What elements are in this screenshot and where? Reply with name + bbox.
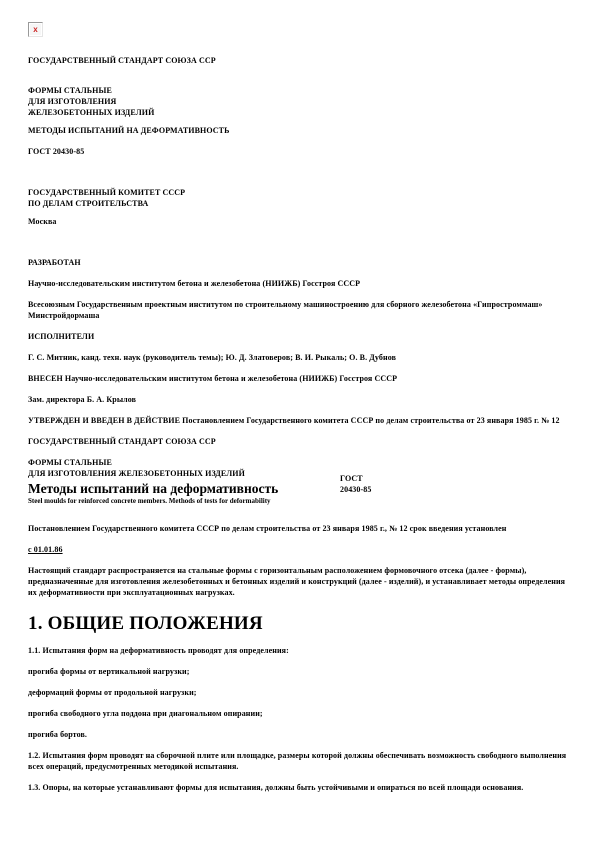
gost-number: 20430-85 — [340, 484, 371, 495]
broken-image-icon: x — [28, 22, 43, 37]
clause-1-1-item-1: прогиба формы от вертикальной нагрузки; — [28, 666, 567, 677]
clause-1-2: 1.2. Испытания форм проводят на сборочно… — [28, 750, 567, 772]
masthead-title-line-3: ЖЕЛЕЗОБЕТОННЫХ ИЗДЕЛИЙ — [28, 107, 567, 118]
masthead-subtitle: МЕТОДЫ ИСПЫТАНИЙ НА ДЕФОРМАТИВНОСТЬ — [28, 125, 567, 136]
deputy-director-line: Зам. директора Б. А. Крылов — [28, 394, 567, 405]
document-page: x ГОСУДАРСТВЕННЫЙ СТАНДАРТ СОЮЗА ССР ФОР… — [0, 0, 595, 842]
clause-1-1: 1.1. Испытания форм на деформативность п… — [28, 645, 567, 656]
standard-title-block: ФОРМЫ СТАЛЬНЫЕ ДЛЯ ИЗГОТОВЛЕНИЯ ЖЕЛЕЗОБЕ… — [28, 457, 567, 506]
scope-paragraph: Настоящий стандарт распространяется на с… — [28, 565, 567, 598]
masthead-standard-label: ГОСУДАРСТВЕННЫЙ СТАНДАРТ СОЮЗА ССР — [28, 55, 567, 66]
standard-title-main: Методы испытаний на деформативность — [28, 481, 340, 496]
section1-heading: 1. ОБЩИЕ ПОЛОЖЕНИЯ — [28, 612, 567, 635]
clause-1-1-item-3: прогиба свободного угла поддона при диаг… — [28, 708, 567, 719]
committee-line-1: ГОСУДАРСТВЕННЫЙ КОМИТЕТ СССР — [28, 187, 567, 198]
standard-title-line-2: ДЛЯ ИЗГОТОВЛЕНИЯ ЖЕЛЕЗОБЕТОННЫХ ИЗДЕЛИЙ — [28, 468, 340, 479]
clause-1-3: 1.3. Опоры, на которые устанавливают фор… — [28, 782, 567, 793]
committee-line-2: ПО ДЕЛАМ СТРОИТЕЛЬСТВА — [28, 198, 567, 209]
executors-list: Г. С. Митник, канд. техн. наук (руководи… — [28, 352, 567, 363]
standard-title-left: ФОРМЫ СТАЛЬНЫЕ ДЛЯ ИЗГОТОВЛЕНИЯ ЖЕЛЕЗОБЕ… — [28, 457, 340, 506]
standard-block-label: ГОСУДАРСТВЕННЫЙ СТАНДАРТ СОЮЗА ССР — [28, 436, 567, 447]
developed-label: РАЗРАБОТАН — [28, 257, 567, 268]
city-label: Москва — [28, 216, 567, 227]
masthead-title-line-1: ФОРМЫ СТАЛЬНЫЕ — [28, 85, 567, 96]
broken-image-x-glyph: x — [33, 26, 37, 34]
gost-label: ГОСТ — [340, 473, 371, 484]
effective-date: с 01.01.86 — [28, 544, 567, 555]
developed-by-niizhb: Научно-исследовательским институтом бето… — [28, 278, 567, 289]
standard-gost-cell: ГОСТ 20430-85 — [340, 457, 371, 506]
executors-label: ИСПОЛНИТЕЛИ — [28, 331, 567, 342]
masthead-title-line-2: ДЛЯ ИЗГОТОВЛЕНИЯ — [28, 96, 567, 107]
developed-by-gipstrommash: Всесоюзным Государственным проектным инс… — [28, 299, 567, 321]
enactment-decree: Постановлением Государственного комитета… — [28, 523, 567, 534]
standard-title-english: Steel moulds for reinforced concrete mem… — [28, 497, 340, 506]
clause-1-1-item-2: деформаций формы от продольной нагрузки; — [28, 687, 567, 698]
masthead-title: ФОРМЫ СТАЛЬНЫЕ ДЛЯ ИЗГОТОВЛЕНИЯ ЖЕЛЕЗОБЕ… — [28, 85, 567, 118]
standard-title-line-1: ФОРМЫ СТАЛЬНЫЕ — [28, 457, 340, 468]
clause-1-1-item-4: прогиба бортов. — [28, 729, 567, 740]
submitted-paragraph: ВНЕСЕН Научно-исследовательским институт… — [28, 373, 567, 384]
committee-block: ГОСУДАРСТВЕННЫЙ КОМИТЕТ СССР ПО ДЕЛАМ СТ… — [28, 187, 567, 209]
approved-paragraph: УТВЕРЖДЕН И ВВЕДЕН В ДЕЙСТВИЕ Постановле… — [28, 415, 567, 426]
masthead-gost-number: ГОСТ 20430-85 — [28, 146, 567, 157]
